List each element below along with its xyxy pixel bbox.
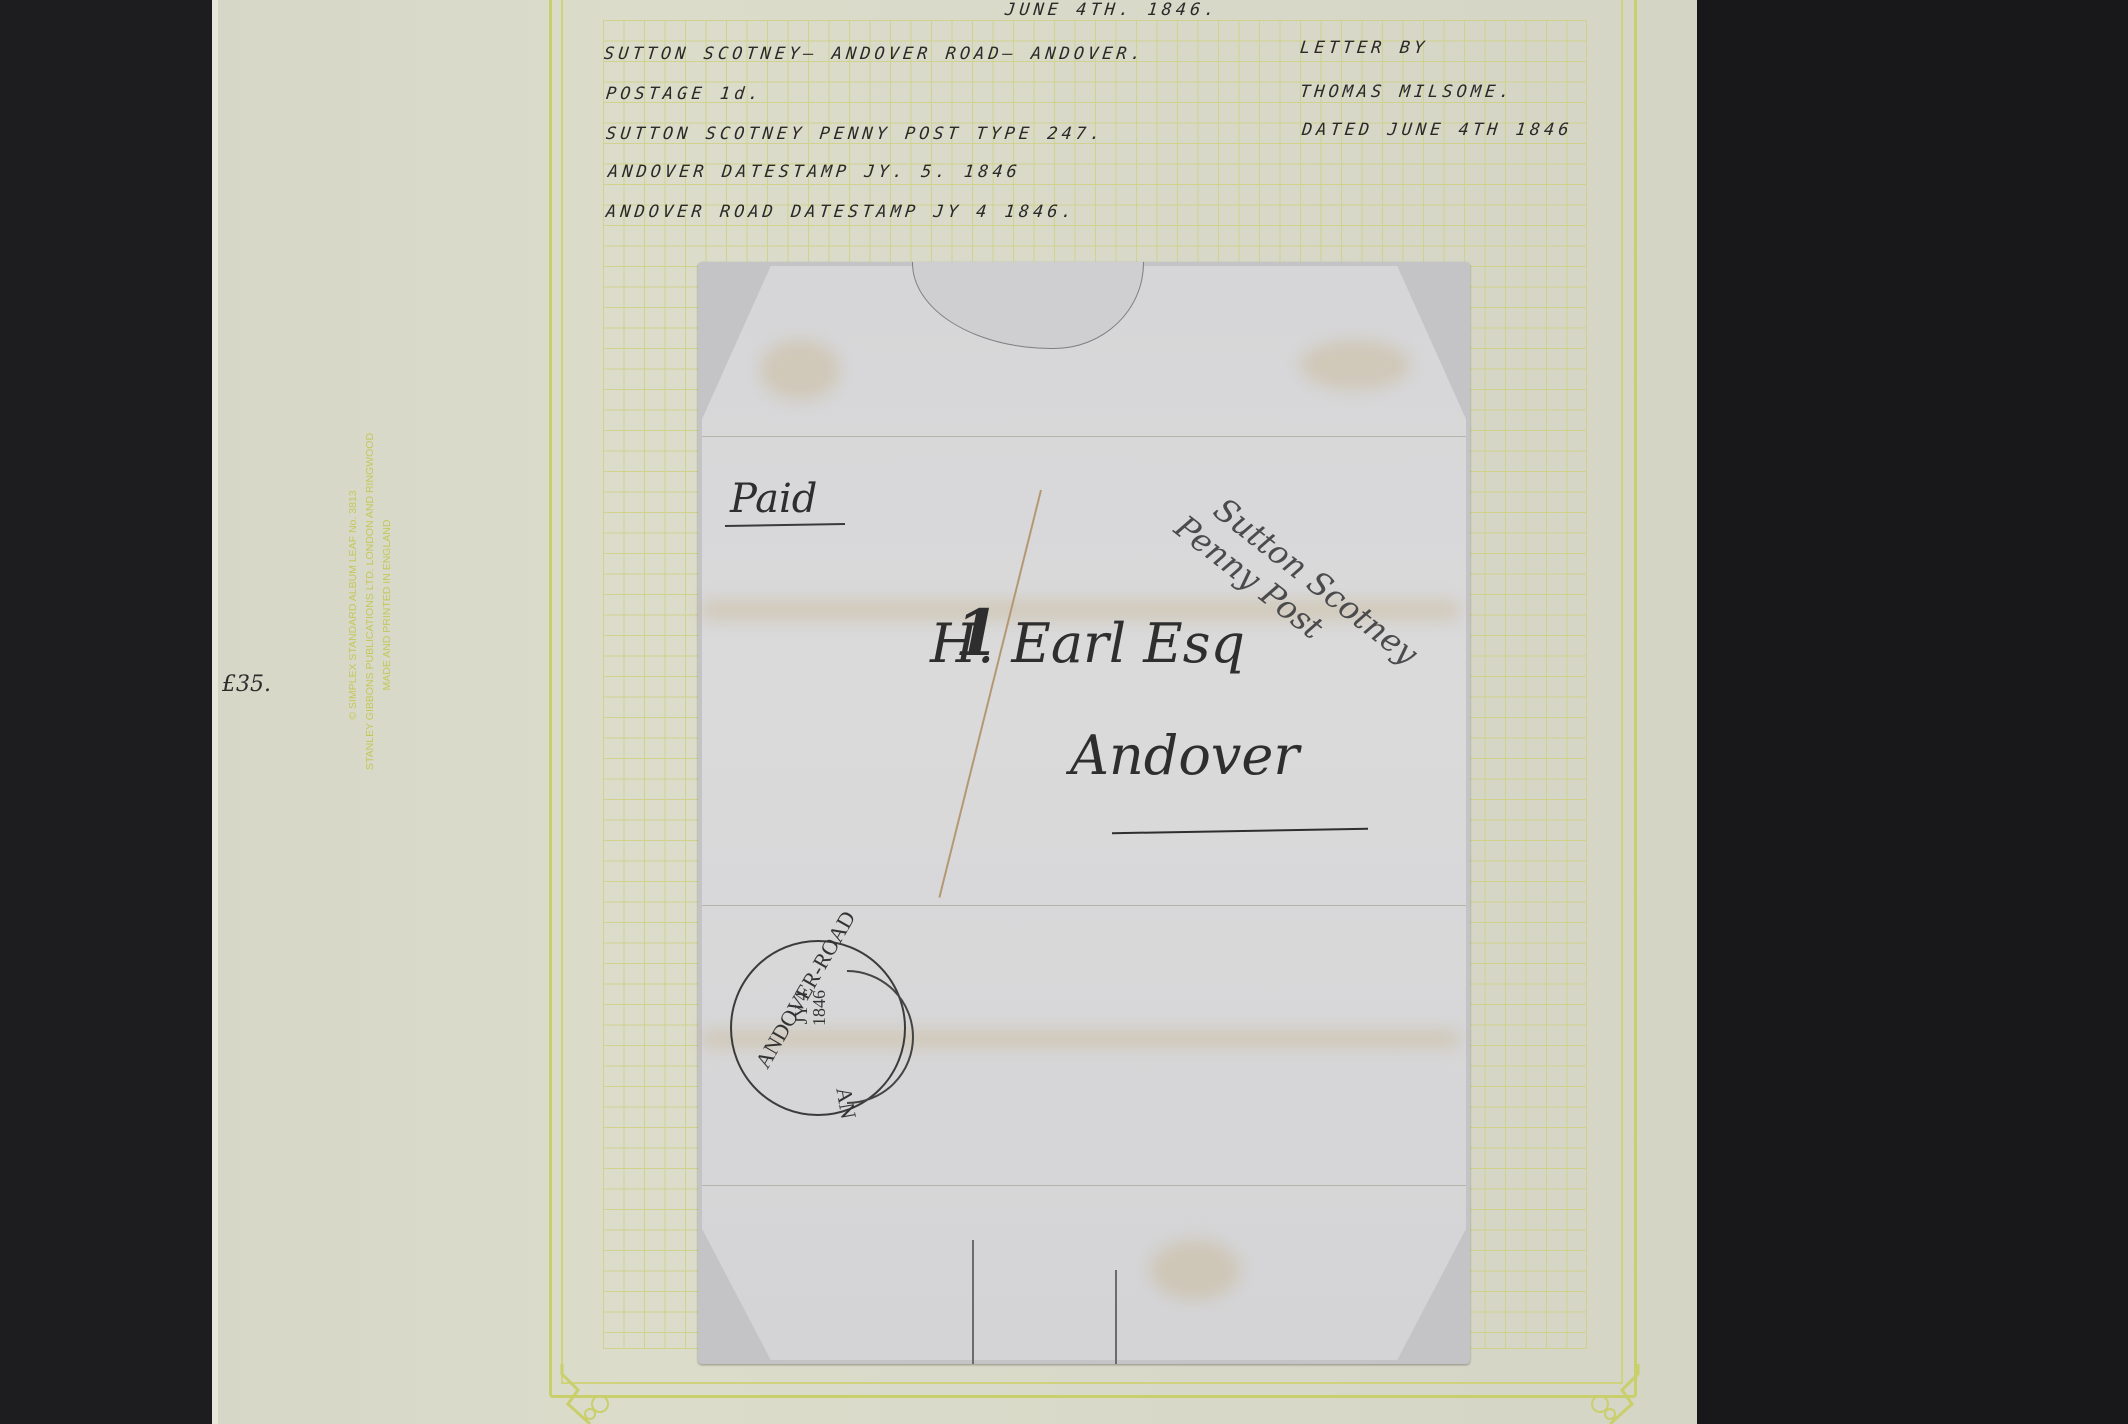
datestamp-day: JY 4 [792, 990, 810, 1026]
corner-ornament-icon [560, 1364, 640, 1424]
entire-letter [702, 266, 1466, 1360]
andover-road-datestamp: ANDOVER-ROAD AN JY 4 1846 [730, 940, 906, 1116]
age-stain [1150, 1240, 1240, 1300]
header-date: JUNE 4TH. 1846. [1004, 0, 1220, 20]
fold-line [702, 1185, 1466, 1186]
paper-tear [1115, 1270, 1117, 1364]
datestamp-year: 1846 [810, 990, 828, 1026]
pencil-price-note: £35. [222, 672, 271, 697]
paper-tear [972, 1240, 974, 1364]
address-line-2: Andover [1070, 724, 1299, 787]
note-letter-by: LETTER BY [1299, 38, 1429, 58]
imprint-line-3: MADE AND PRINTED IN ENGLAND [379, 440, 396, 770]
address-line-1: H. Earl Esq [930, 612, 1245, 675]
corner-ornament-icon [1560, 1364, 1640, 1424]
age-stain [1300, 340, 1410, 390]
dark-backdrop-right [1697, 0, 2128, 1424]
fold-line [702, 905, 1466, 906]
note-andover-road-datestamp: ANDOVER ROAD DATESTAMP JY 4 1846. [605, 202, 1077, 222]
datestamp-lower-text: AN [830, 1085, 861, 1121]
note-postage: POSTAGE 1d. [605, 84, 764, 104]
age-stain [760, 340, 840, 400]
album-page-edge [212, 0, 218, 1424]
note-penny-post-type: SUTTON SCOTNEY PENNY POST TYPE 247. [605, 124, 1105, 144]
note-andover-datestamp: ANDOVER DATESTAMP JY. 5. 1846 [607, 162, 1022, 182]
imprint-line-2: STANLEY GIBBONS PUBLICATIONS LTD. LONDON… [362, 440, 379, 770]
paid-manuscript-mark: Paid [730, 476, 817, 522]
note-dated: DATED JUNE 4TH 1846 [1301, 120, 1574, 140]
dark-backdrop-left [0, 0, 212, 1424]
note-route: SUTTON SCOTNEY— ANDOVER ROAD— ANDOVER. [603, 44, 1146, 64]
imprint-line-1: © SIMPLEX STANDARD ALBUM LEAF No. 3813 [345, 440, 362, 770]
datestamp-date: JY 4 1846 [792, 990, 828, 1026]
note-writer-name: THOMAS MILSOME. [1299, 82, 1515, 102]
album-leaf-imprint: © SIMPLEX STANDARD ALBUM LEAF No. 3813 S… [345, 440, 396, 770]
fold-line [702, 436, 1466, 437]
